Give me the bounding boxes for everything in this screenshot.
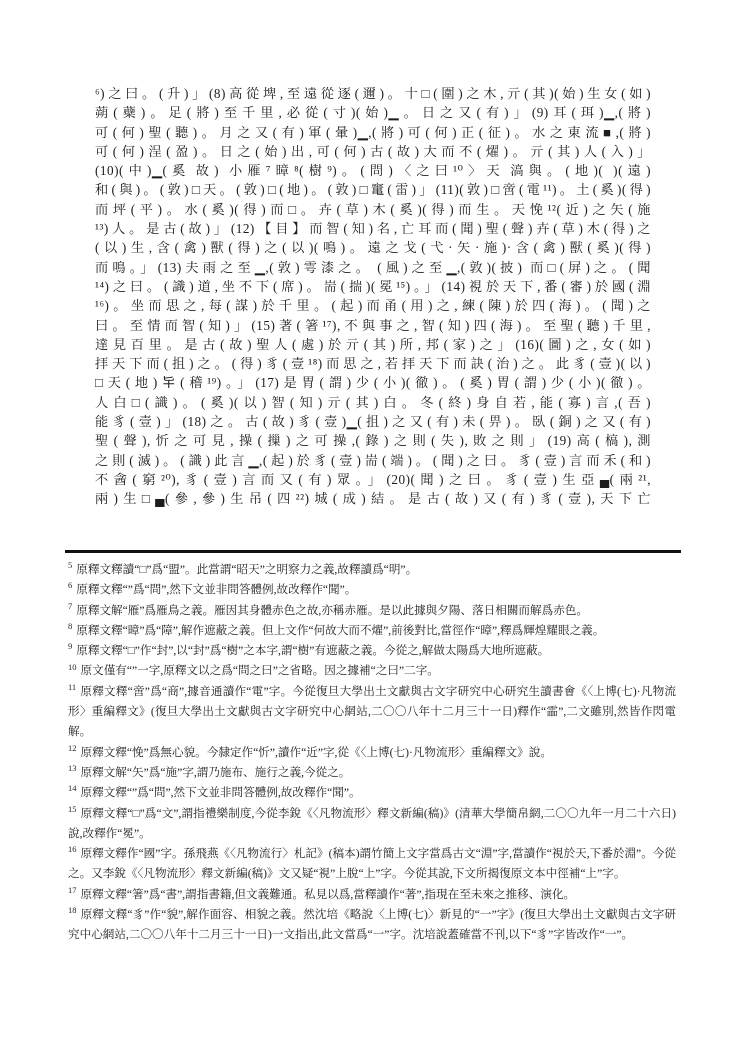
footnote-text: 原釋文釋“箸”爲“書”,謂指書籍,但文義難通。私見以爲,當釋讀作“著”,指現在至… xyxy=(81,888,576,901)
footnote-text: 原文僅有“𦖞”一字,原釋文以之爲“問之曰”之省略。因之據補“之曰”二字。 xyxy=(81,664,439,677)
footnote: 9原釋文釋“□”作“封”,以“封”爲“樹”之本字,謂“樹”有遮蔽之義。今從之,解… xyxy=(68,641,676,661)
footnote: 6原釋文釋“𦖞”爲“問”,然下文並非問答體例,故改釋作“聞”。 xyxy=(68,580,676,600)
transcription-line: ¹³)人。是古(故)」(12)【目】而智(知)名,亡耳而(聞)聖(聲)卉(草)木… xyxy=(95,219,651,238)
footnote-number: 16 xyxy=(68,844,77,854)
footnote: 5原釋文釋讀“□”爲“盟”。此當謂“昭天”之明察力之義,故釋讀爲“明”。 xyxy=(68,560,676,580)
footnote-number: 14 xyxy=(68,783,77,793)
transcription-line: 蒴(蘗)。足(將)至千里,必從(寸)(始)▁。日之又(有)」(9)耳(珥)▁,(… xyxy=(95,103,651,122)
footnote-number: 13 xyxy=(68,763,77,773)
footnote-number: 18 xyxy=(68,905,77,915)
footnote-text: 原釋文釋“悗”爲無心貌。今隸定作“忻”,讀作“近”字,從《〈上博(七)·凡物流形… xyxy=(81,746,552,759)
transcription-line: ¹⁶)。坐而思之,每(謀)於千里。(起)而甬(用)之,練(陳)於四(海)。(聞)… xyxy=(95,296,651,315)
footnote-text: 原釋文釋“𦖞”爲“問”,然下文並非問答體例,故改釋作“聞”。 xyxy=(76,583,356,596)
footnote: 10原文僅有“𦖞”一字,原釋文以之爲“問之曰”之省略。因之據補“之曰”二字。 xyxy=(68,661,676,681)
footnote: 8原釋文釋“暲”爲“障”,解作遮蔽之義。但上文作“何故大而不燿”,前後對比,當徑… xyxy=(68,621,676,641)
footnote-text: 原釋文釋“暲”爲“障”,解作遮蔽之義。但上文作“何故大而不燿”,前後對比,當徑作… xyxy=(76,624,604,637)
footnote: 13原釋文解“矢”爲“施”字,謂乃施布、施行之義,今從之。 xyxy=(68,763,676,783)
transcription-line: 人白□(識)。(奚)(以)智(知)亓(其)白。冬(終)身自若,能(寡)言,(吾) xyxy=(95,393,651,412)
footnote-number: 10 xyxy=(68,662,77,672)
transcription-line: (以)生,含(禽)獸(得)之(以)(鳴)。遠之戈(弋·矢·施)·含(禽)獸(奚)… xyxy=(95,238,651,257)
transcription-line: 能豸(壹)」(18)之。古(故)豸(壹)▁(抯)之又(有)未(畀)。臥(銅)之又… xyxy=(95,412,651,431)
footnote-number: 6 xyxy=(68,580,72,590)
footnotes-block: 5原釋文釋讀“□”爲“盟”。此當謂“昭天”之明察力之義,故釋讀爲“明”。 6原釋… xyxy=(68,560,676,946)
footnote-text: 原釋文釋“𦖞”爲“問”,然下文並非問答體例,故改釋作“聞”。 xyxy=(81,786,361,799)
transcription-line: 聖(聲),忻之可見,操(摷)之可操,(錄)之則(失),敗之則」(19)高(槁),… xyxy=(95,431,651,450)
footnote-number: 5 xyxy=(68,560,72,570)
transcription-block: ⁶)之曰。(升)」(8)高從埤,至遠從逐(邇)。十□(圍)之木,亓(其)(始)生… xyxy=(95,84,651,509)
footnote: 18原釋文釋“豸”作“貌”,解作面容、相貌之義。然沈培《略說〈上博(七)〉新見的… xyxy=(68,905,676,946)
footnote: 12原釋文釋“悗”爲無心貌。今隸定作“忻”,讀作“近”字,從《〈上博(七)·凡物… xyxy=(68,743,676,763)
footnote: 11原釋文釋“啻”爲“商”,據音通讀作“電”字。今從復旦大學出土文獻與古文字研究… xyxy=(68,682,676,743)
footnote-text: 原釋文釋“啻”爲“商”,據音通讀作“電”字。今從復旦大學出土文獻與古文字研究中心… xyxy=(68,685,676,739)
footnote-number: 12 xyxy=(68,743,77,753)
footnote-text: 原釋文釋讀“□”爲“盟”。此當謂“昭天”之明察力之義,故釋讀爲“明”。 xyxy=(76,563,417,576)
transcription-line: (10)(中)▁(奚𠭁故)𡜵小雁⁷暲⁸(樹⁹)。(問)〈之曰¹⁰〉天𢼄滈與。(地… xyxy=(95,161,651,180)
transcription-line: □天(地)𠤏(稽¹⁹)。」(17)是胃(謂)少(小)(徹)。(奚)胃(謂)少(小… xyxy=(95,373,651,392)
footnote-number: 11 xyxy=(68,682,76,692)
footnote-number: 8 xyxy=(68,621,72,631)
transcription-line: 可(何)浧(盈)。日之(始)出,可(何)古(故)大而不(燿)。亓(其)人(入)」 xyxy=(95,142,651,161)
transcription-line: ⁶)之曰。(升)」(8)高從埤,至遠從逐(邇)。十□(圍)之木,亓(其)(始)生… xyxy=(95,84,651,103)
transcription-line: 兩)生□▄(參,參)生吊(四²²)城(成)結。是古(故)又(有)豸(壹),天下亡 xyxy=(95,489,651,508)
footnote-text: 原釋文解“矢”爲“施”字,謂乃施布、施行之義,今從之。 xyxy=(81,766,351,779)
transcription-line: 拝天下而(抯)之。(得)豸(壹¹⁸)而思之,若拝天下而訣(治)之。此豸(壹)(以… xyxy=(95,354,651,373)
transcription-line: 達見百里。是古(故)聖人(處)於亓(其)所,邦(家)之」(16)(圖)之,女(如… xyxy=(95,335,651,354)
transcription-line: 而鳴。」(13)夫雨之至▁,(敦)雩漆之。𡗝(風)之至▁,(敦)(披)𩙑而□(屏… xyxy=(95,258,651,277)
footnote: 16原釋文釋作“國”字。孫飛燕《〈凡物流行〉札記》(稿本)謂竹簡上文字當爲古文“… xyxy=(68,844,676,885)
transcription-line: 曰。至情而智(知)」(15)著(箸¹⁷),不與事之,智(知)四(海)。至聖(聽)… xyxy=(95,316,651,335)
footnote-number: 9 xyxy=(68,641,72,651)
footnote-text: 原釋文釋作“國”字。孫飛燕《〈凡物流行〉札記》(稿本)謂竹簡上文字當爲古文“淵”… xyxy=(68,847,676,880)
footnote-number: 17 xyxy=(68,885,77,895)
footnote-text: 原釋文釋“豸”作“貌”,解作面容、相貌之義。然沈培《略說〈上博(七)〉新見的“一… xyxy=(68,908,676,941)
transcription-line: 不酓(窮²⁰),豸(壹)言而又(有)眾。」(20)(聞)之曰。豸(壹)生亞▄(兩… xyxy=(95,470,651,489)
footnote-number: 7 xyxy=(68,601,72,611)
transcription-line: 而坪(平)。水(奚)(得)而□。卉(草)木(奚)(得)而生。天悗¹²(近)之矢(… xyxy=(95,200,651,219)
footnote-text: 原釋文釋“□”作“封”,以“封”爲“樹”之本字,謂“樹”有遮蔽之義。今從之,解做… xyxy=(76,644,549,657)
transcription-line: 之則(滅)。(識)此言▁,(起)於豸(壹)耑(端)。(聞)之曰。豸(壹)言而禾(… xyxy=(95,451,651,470)
footnote-separator-rule xyxy=(65,550,681,553)
document-page: ⁶)之曰。(升)」(8)高從埤,至遠從逐(邇)。十□(圍)之木,亓(其)(始)生… xyxy=(0,0,744,1052)
footnote: 17原釋文釋“箸”爲“書”,謂指書籍,但文義難通。私見以爲,當釋讀作“著”,指現… xyxy=(68,885,676,905)
footnote: 14原釋文釋“𦖞”爲“問”,然下文並非問答體例,故改釋作“聞”。 xyxy=(68,783,676,803)
footnote-text: 原釋文釋“□”爲“文”,謂指禮樂制度,今從李銳《〈凡物流形〉釋文新編(稿)》(清… xyxy=(68,807,676,840)
footnote-text: 原釋文解“雁”爲雁鳥之義。雁因其身體赤色之故,亦稱赤雁。是以此據與夕陽、落日相關… xyxy=(76,604,588,617)
transcription-line: ¹⁴)之曰。(識)道,坐不下(席)。耑(揣)(冕¹⁵)。」(14)視於天下,番(… xyxy=(95,277,651,296)
footnote: 7原釋文解“雁”爲雁鳥之義。雁因其身體赤色之故,亦稱赤雁。是以此據與夕陽、落日相… xyxy=(68,601,676,621)
transcription-line: 可(何)聖(聽)。月之又(有)軍(暈)▁,(將)可(何)正(征)。水之東流■,(… xyxy=(95,123,651,142)
transcription-line: 和(與)。(敦)□天。(敦)□(地)。(敦)□竃(雷)」(11)(敦)□啻(電¹… xyxy=(95,180,651,199)
footnote: 15原釋文釋“□”爲“文”,謂指禮樂制度,今從李銳《〈凡物流形〉釋文新編(稿)》… xyxy=(68,804,676,845)
footnote-number: 15 xyxy=(68,804,77,814)
